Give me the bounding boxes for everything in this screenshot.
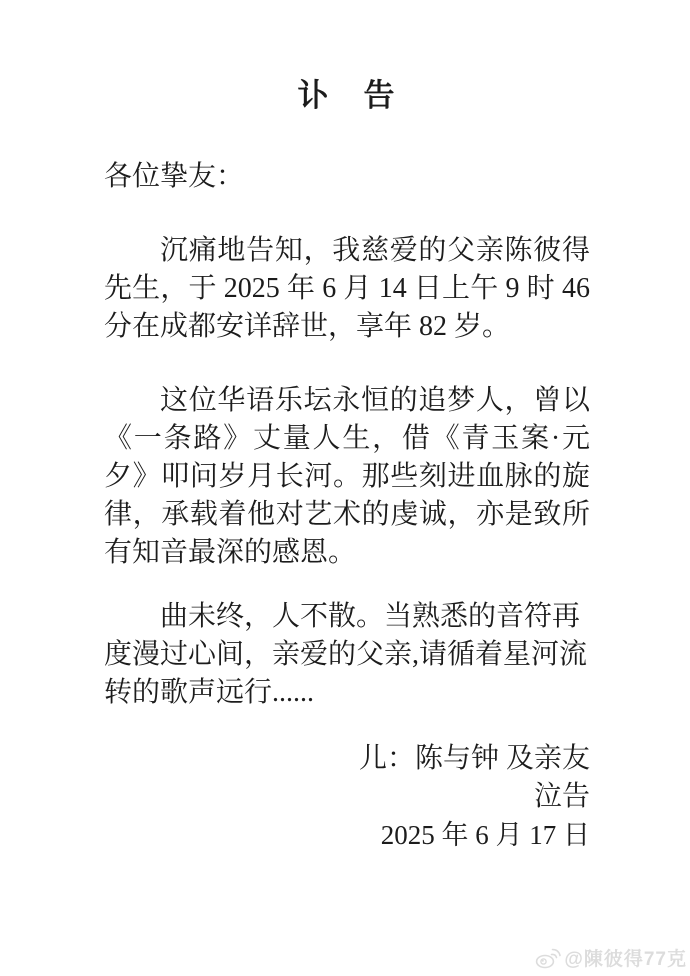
- salutation: 各位挚友：: [104, 158, 590, 196]
- signature-date: 2025 年 6 月 17 日: [104, 816, 590, 854]
- page-title: 讣 告: [104, 78, 590, 114]
- watermark: @陳彼得77克: [535, 944, 687, 971]
- paragraph-farewell: 曲未终，人不散。当熟悉的音符再度漫过心间，亲爱的父亲,请循着星河流转的歌声远行.…: [104, 598, 590, 712]
- signature-signed-by: 儿：陈与钟 及亲友: [104, 740, 590, 778]
- signature-closing: 泣告: [104, 778, 590, 816]
- obituary-document: 讣 告 各位挚友： 沉痛地告知，我慈爱的父亲陈彼得先生，于 2025 年 6 月…: [0, 0, 690, 854]
- weibo-icon: [535, 947, 561, 969]
- obituary-page: 讣 告 各位挚友： 沉痛地告知，我慈爱的父亲陈彼得先生，于 2025 年 6 月…: [0, 0, 690, 976]
- paragraph-tribute: 这位华语乐坛永恒的追梦人，曾以《一条路》丈量人生，借《青玉案·元夕》叩问岁月长河…: [104, 382, 590, 572]
- signature-block: 儿：陈与钟 及亲友 泣告 2025 年 6 月 17 日: [104, 740, 590, 854]
- watermark-text: @陳彼得77克: [564, 944, 687, 971]
- paragraph-death-notice: 沉痛地告知，我慈爱的父亲陈彼得先生，于 2025 年 6 月 14 日上午 9 …: [104, 232, 590, 346]
